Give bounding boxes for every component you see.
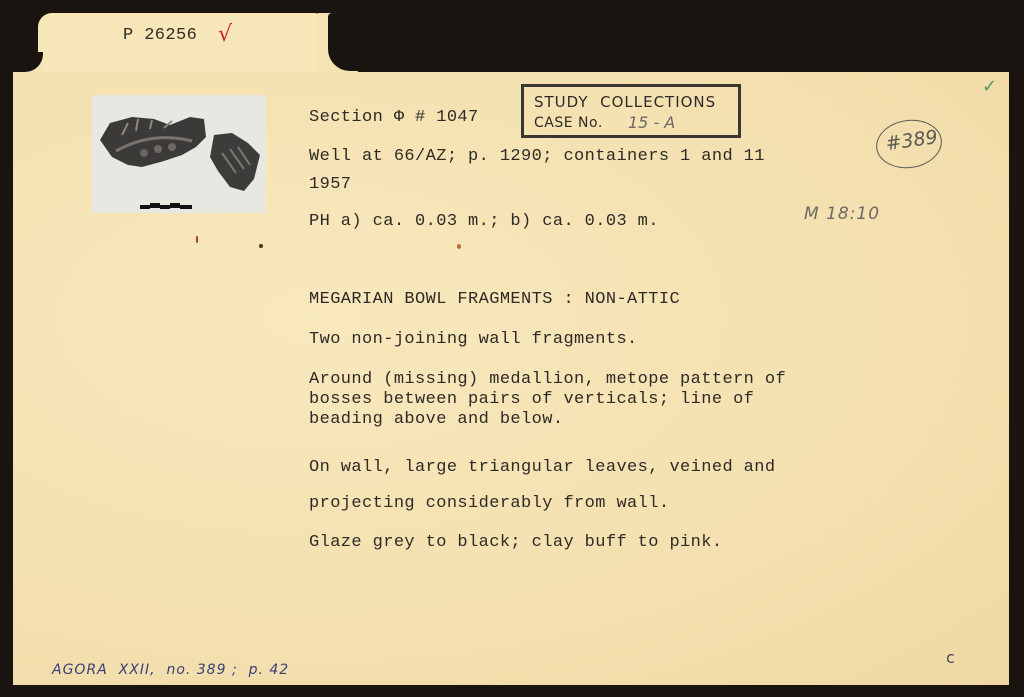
section-line: Section Φ # 1047: [309, 108, 479, 127]
artifact-photo: [92, 95, 266, 213]
location-line: Well at 66/ΑΖ; p. 1290; containers 1 and…: [309, 147, 765, 166]
stamp-case-value: 15 - A: [628, 113, 675, 132]
publication-reference: AGORA XXII, no. 389 ; p. 42: [52, 662, 289, 678]
inventory-number: P 26256: [123, 26, 197, 45]
pencil-reference: M 18:10: [804, 204, 880, 224]
year: 1957: [309, 175, 351, 194]
red-checkmark-icon: √: [218, 22, 232, 47]
corner-mark: c: [946, 648, 955, 667]
tab-curve-left: [13, 52, 43, 74]
bowl-fragments-image: [92, 95, 266, 213]
catalog-number-text: #389: [884, 126, 939, 155]
ink-speck: [457, 244, 461, 249]
description-line: beading above and below.: [309, 410, 563, 429]
stamp-case-label: CASE No.: [534, 115, 603, 131]
description-line: Two non-joining wall fragments.: [309, 330, 638, 349]
dimensions-line: PH a) ca. 0.03 m.; b) ca. 0.03 m.: [309, 212, 659, 231]
tab-curve-right: [318, 13, 358, 75]
description-line: Glaze grey to black; clay buff to pink.: [309, 533, 722, 552]
description-line: On wall, large triangular leaves, veined…: [309, 458, 775, 477]
ink-speck: [259, 244, 263, 248]
description-line: Around (missing) medallion, metope patte…: [309, 370, 786, 389]
object-title: MEGARIAN BOWL FRAGMENTS : NON-ATTIC: [309, 290, 680, 309]
ink-speck: [196, 236, 198, 243]
stamp-title: STUDY COLLECTIONS: [534, 93, 716, 111]
description-line: bosses between pairs of verticals; line …: [309, 390, 754, 409]
description-line: projecting considerably from wall.: [309, 494, 669, 513]
study-collections-stamp: STUDY COLLECTIONS CASE No. 15 - A: [521, 84, 741, 138]
green-checkmark-icon: ✓: [982, 76, 997, 97]
